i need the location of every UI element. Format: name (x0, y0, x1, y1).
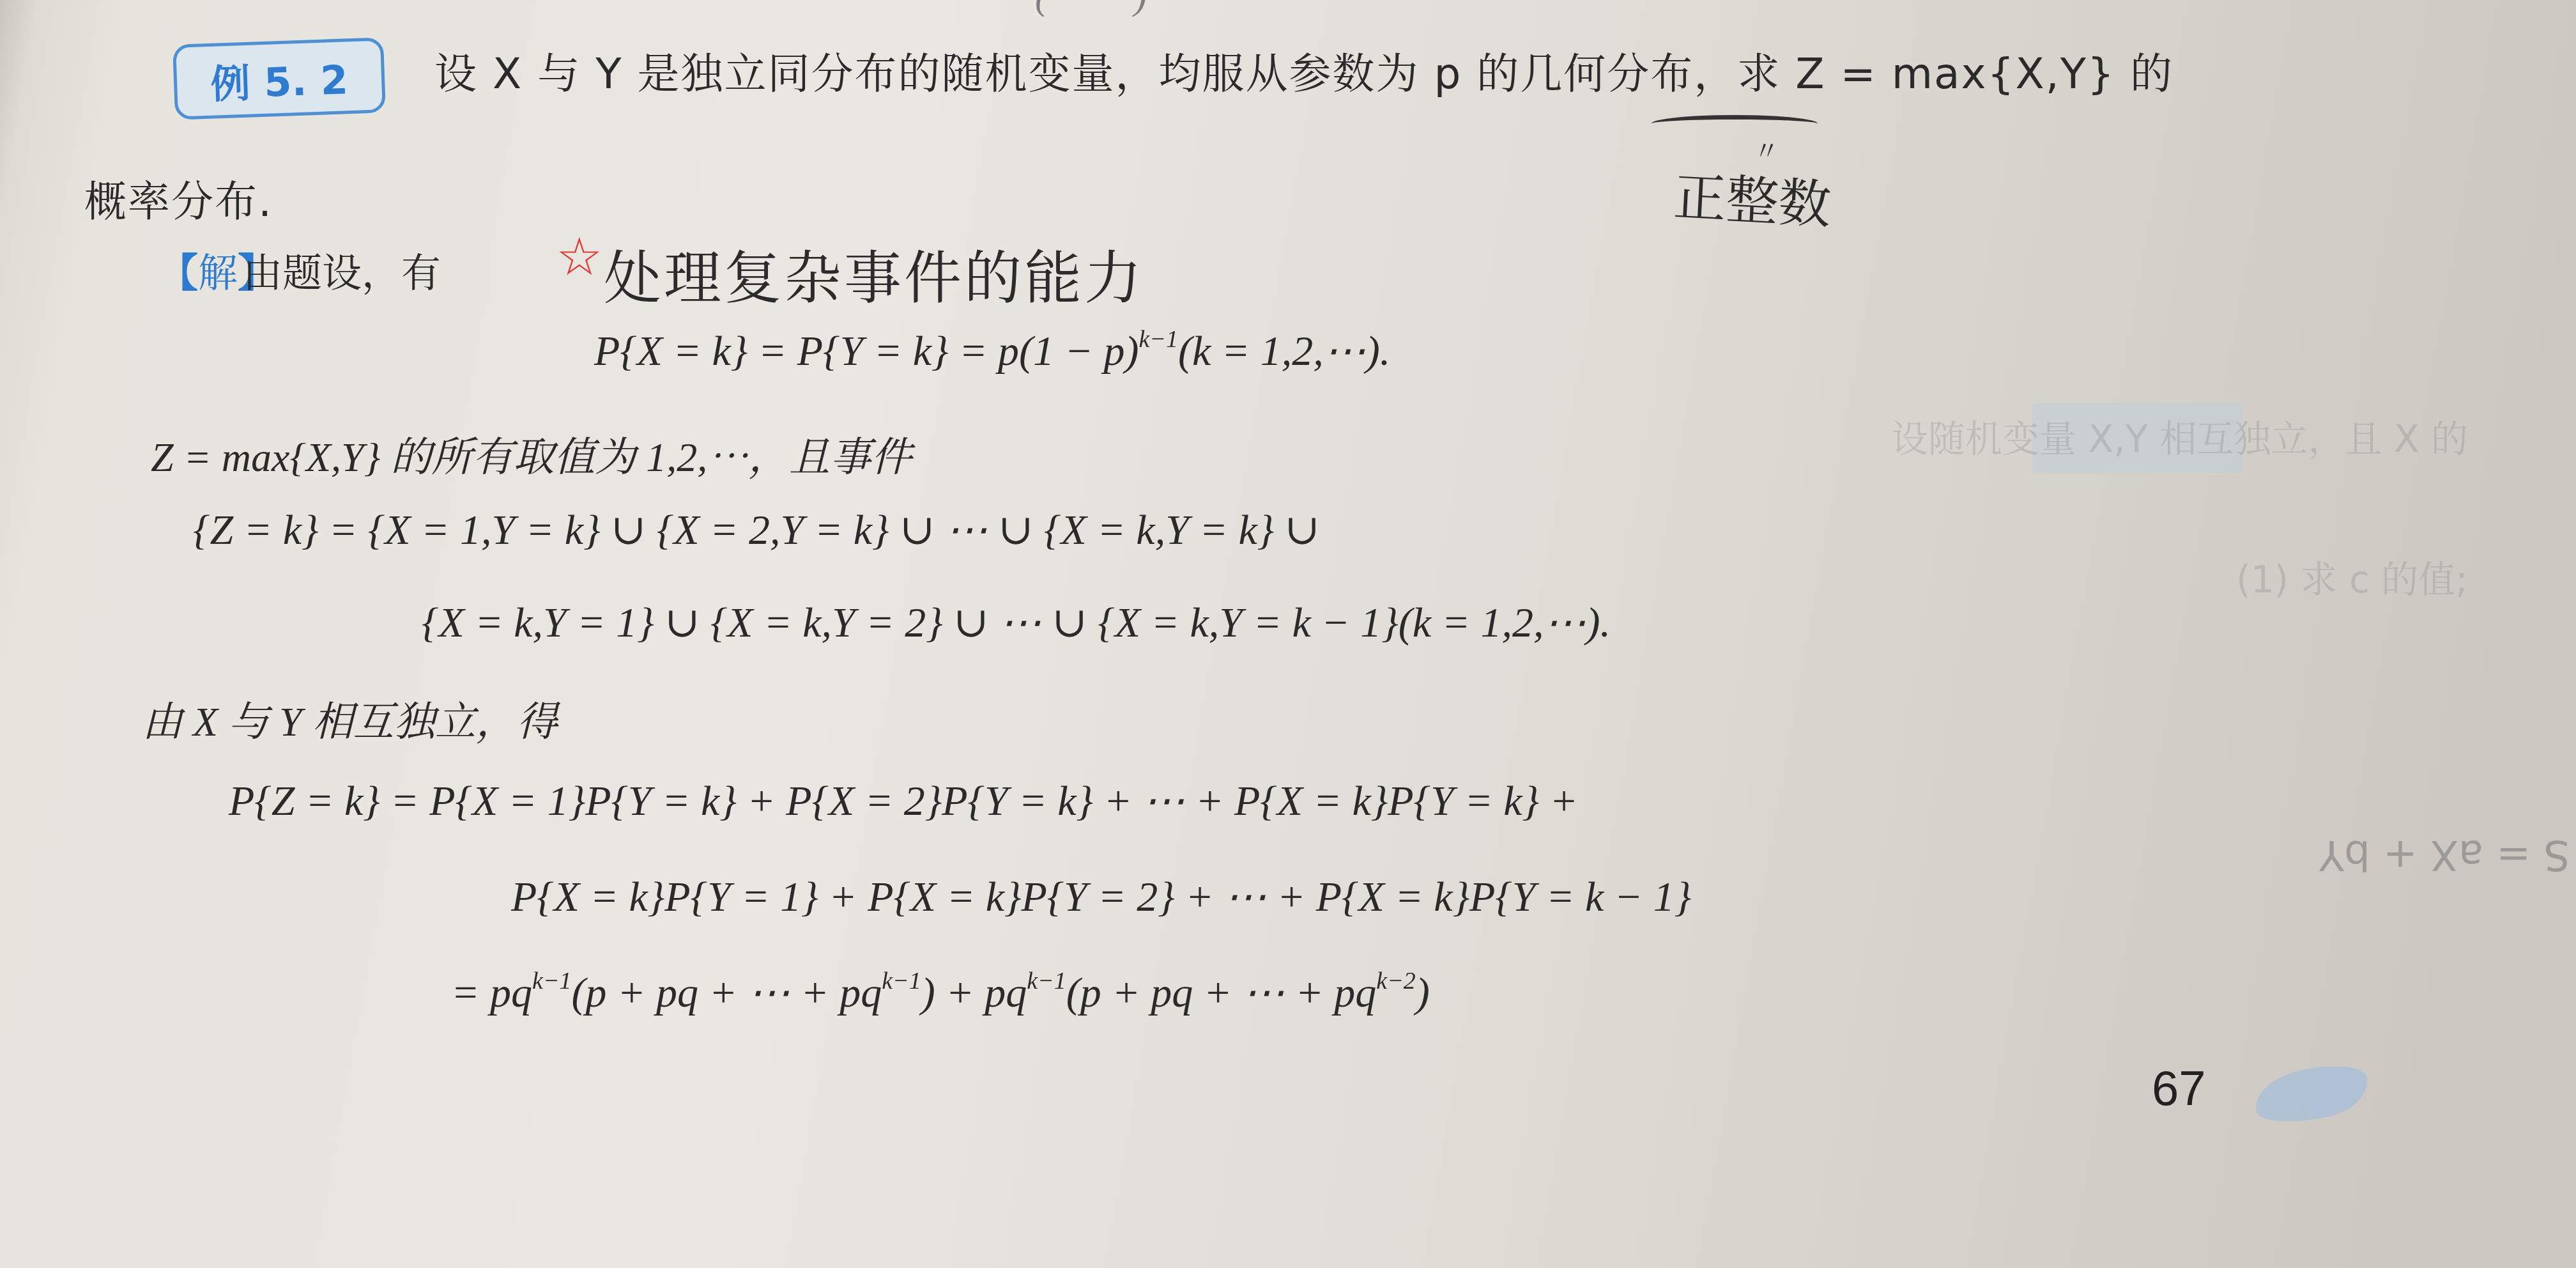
blue-ink-smudge (2250, 1057, 2373, 1131)
eq1-exponent: k−1 (1138, 326, 1178, 353)
eq3-part-b: (p + pq + ⋯ + pq (572, 970, 882, 1016)
eq3-exp-a: k−1 (532, 968, 572, 994)
equation-prob-line3: = pqk−1(p + pq + ⋯ + pqk−1) + pqk−1(p + … (451, 968, 1430, 1017)
equation-event-line1: {Z = k} = {X = 1,Y = k} ∪ {X = 2,Y = k} … (193, 505, 1320, 555)
bleed-through-text: (1) 求 c 的值; (2236, 550, 2468, 603)
bleed-through-text: 设随机变量 X,Y 相互独立，且 X 的 (1891, 409, 2468, 463)
equation-event-line2: {X = k,Y = 1} ∪ {X = k,Y = 2} ∪ ⋯ ∪ {X =… (422, 598, 1611, 647)
z-values-line: Z = max{X,Y} 的所有取值为 1,2,⋯，且事件 (151, 424, 912, 483)
eq3-part-a: = pq (451, 970, 532, 1016)
equation-prob-line1: P{Z = k} = P{X = 1}P{Y = k} + P{X = 2}P{… (229, 776, 1578, 826)
eq1-main: P{X = k} = P{Y = k} = p(1 − p) (594, 328, 1138, 375)
eq3-exp-c: k−1 (1027, 968, 1066, 994)
eq3-part-c: ) + pq (921, 970, 1027, 1016)
solution-intro: 由题设，有 (243, 242, 441, 298)
bracket-open: 【 (158, 250, 198, 297)
handwritten-note-positive-integer: 正整数 (1672, 156, 1833, 239)
eq3-exp-b: k−1 (882, 968, 921, 994)
handwritten-underline (1652, 115, 1818, 132)
pencil-note: S = aX + bY (2319, 831, 2570, 878)
independence-line: 由 X 与 Y 相互独立，得 (142, 689, 558, 748)
problem-statement-line2: 概率分布. (84, 167, 273, 228)
equation-prob-line2: P{X = k}P{Y = 1} + P{X = k}P{Y = 2} + ⋯ … (511, 872, 1691, 922)
top-cut-fragment: ( · · · · ) (1035, 0, 1147, 19)
textbook-page: ( · · · · ) 设随机变量 X,Y 相互独立，且 X 的 (1) 求 c… (0, 0, 2576, 1268)
eq3-part-d: (p + pq + ⋯ + pq (1066, 970, 1377, 1016)
eq1-tail: (k = 1,2,⋯). (1178, 328, 1390, 375)
star-icon: ☆ (556, 227, 603, 288)
handwritten-heading: 处理复杂事件的能力 (604, 231, 1144, 314)
problem-statement-line1: 设 X 与 Y 是独立同分布的随机变量，均服从参数为 p 的几何分布，求 Z =… (434, 40, 2173, 100)
solution-label-text: 解 (198, 250, 238, 297)
example-badge: 例 5. 2 (172, 37, 386, 120)
eq3-part-e: ) (1416, 970, 1430, 1016)
equation-pmf: P{X = k} = P{Y = k} = p(1 − p)k−1(k = 1,… (594, 326, 1390, 376)
page-number: 67 (2152, 1061, 2206, 1117)
eq3-exp-d: k−2 (1376, 968, 1416, 994)
